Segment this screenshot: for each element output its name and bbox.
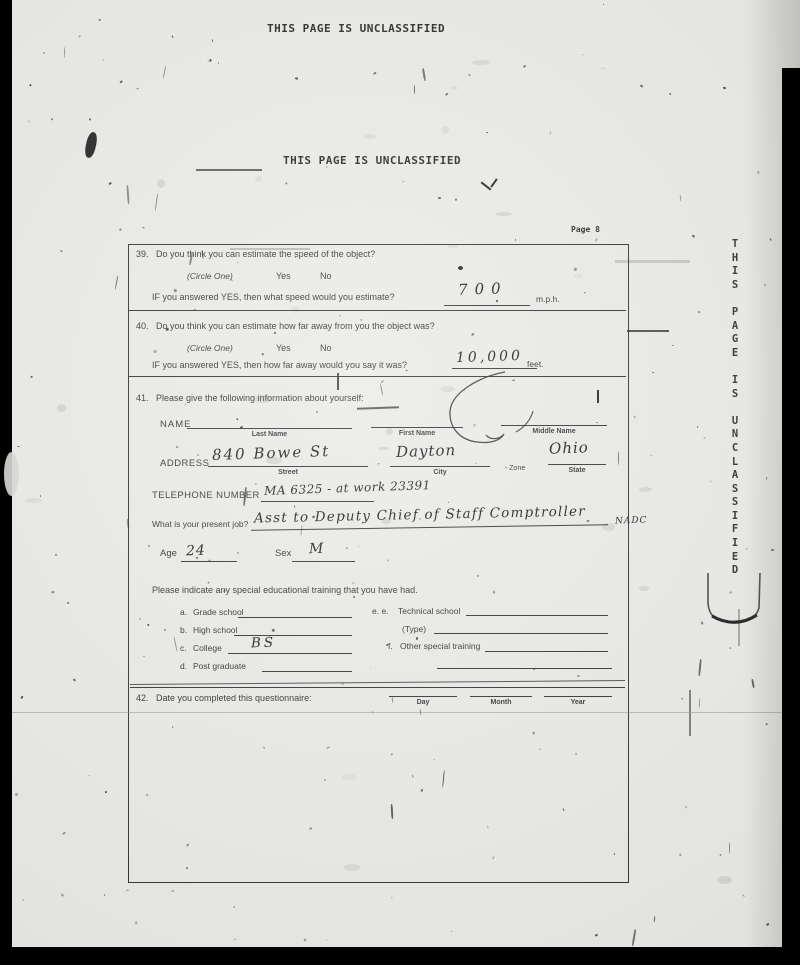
section-divider-1 <box>129 310 626 311</box>
q42-month-line <box>470 696 532 697</box>
scan-blotch <box>717 876 732 884</box>
scan-speck <box>170 889 173 892</box>
scan-speck <box>31 376 33 378</box>
pen-scribble-mark <box>440 368 550 453</box>
film-frame-bracket <box>693 570 778 655</box>
scan-speck <box>29 121 31 124</box>
scan-blotch <box>639 586 650 590</box>
q39-question: Do you think you can estimate the speed … <box>156 249 375 259</box>
scan-speck <box>438 196 441 198</box>
scan-speck <box>719 853 721 855</box>
scan-speck <box>218 62 220 65</box>
q41-address-sublabel-zone: - Zone <box>505 465 525 472</box>
scan-speck <box>233 905 236 907</box>
q41-edu-c-line <box>228 653 352 654</box>
q41-edu-b-prefix: b. <box>180 625 187 635</box>
scan-speck <box>391 896 393 898</box>
scan-speck <box>374 72 377 75</box>
scan-speck <box>595 933 598 936</box>
scan-speck <box>142 227 144 228</box>
scan-artifact-dash <box>196 169 262 171</box>
scan-speck <box>757 171 760 174</box>
q41-edu-f-line <box>485 651 608 652</box>
scan-speck <box>52 591 55 594</box>
q41-address-sublabel-street: Street <box>208 469 368 476</box>
scan-speck <box>119 228 121 230</box>
scan-speck <box>42 52 45 55</box>
q40-number: 40. <box>136 321 149 331</box>
q41-edu-f-line-2 <box>437 668 612 669</box>
film-sprocket-blob <box>4 452 19 496</box>
q41-age-handwritten: 24 <box>186 543 206 560</box>
q39-answer-handwritten: 700 <box>458 279 508 299</box>
scan-speck <box>66 602 69 605</box>
q41-sex-line <box>292 561 355 562</box>
scan-blotch <box>599 67 606 70</box>
q39-circle-one-label: (Circle One) <box>187 271 233 281</box>
scan-speck <box>650 454 653 455</box>
scan-speck <box>595 239 598 242</box>
scan-speck <box>698 698 700 708</box>
q40-followup: IF you answered YES, then how far away w… <box>152 360 407 370</box>
scanned-document-page: THIS PAGE IS UNCLASSIFIED THIS PAGE IS U… <box>0 0 800 965</box>
q41-address-line-city <box>390 466 490 467</box>
scan-speck <box>109 182 112 185</box>
q39-answer-line <box>444 305 530 306</box>
q39-followup: IF you answered YES, then what speed wou… <box>152 292 394 302</box>
scan-artifact-vstroke-fold <box>689 690 691 736</box>
section-divider-3b <box>130 687 625 688</box>
scan-speck <box>603 4 604 5</box>
scan-speck <box>468 74 471 77</box>
q41-education-intro: Please indicate any special educational … <box>152 585 418 595</box>
scan-speck <box>402 181 405 182</box>
q40-circle-one-label: (Circle One) <box>187 343 233 353</box>
scan-speck <box>515 239 517 241</box>
scan-speck <box>685 806 688 808</box>
scan-speck <box>414 85 415 94</box>
q41-edu-d-prefix: d. <box>180 661 187 671</box>
scan-artifact-vstroke-q40 <box>337 373 339 390</box>
scan-speck <box>679 853 682 856</box>
q41-edu-b-label: High school <box>193 625 237 635</box>
q42-year-line <box>544 696 612 697</box>
q42-sublabel-day: Day <box>389 699 457 706</box>
scan-speck <box>155 193 159 211</box>
questionnaire-form-box <box>128 244 629 883</box>
scan-speck <box>303 939 306 942</box>
scan-speck <box>751 679 754 688</box>
scan-speck <box>632 929 637 946</box>
q41-question: Please give the following information ab… <box>156 393 364 403</box>
scan-blotch <box>57 404 66 412</box>
scan-artifact-blob <box>83 131 98 159</box>
scan-speck <box>522 64 526 68</box>
scan-blotch <box>255 176 262 182</box>
scan-speck <box>766 723 768 726</box>
q41-address-sublabel-state: State <box>548 467 606 474</box>
scan-blotch <box>25 498 42 502</box>
scan-speck <box>549 131 551 134</box>
section-divider-2 <box>129 376 626 377</box>
scan-speck <box>104 791 106 793</box>
scan-speck <box>88 117 91 120</box>
scan-speck <box>209 59 211 62</box>
q41-job-note-handwritten: NADC <box>615 515 648 526</box>
scan-speck <box>136 87 139 89</box>
scan-speck <box>207 60 209 62</box>
scan-speck <box>15 793 19 797</box>
scan-edge-bottom <box>0 947 800 965</box>
scan-speck <box>765 477 767 480</box>
scan-speck <box>59 250 62 252</box>
scan-speck <box>171 35 173 38</box>
scan-speck <box>698 659 701 676</box>
scan-speck <box>21 695 24 698</box>
scan-speck <box>669 93 671 95</box>
scan-speck <box>234 938 237 941</box>
scan-speck <box>99 19 101 21</box>
scan-speck <box>51 118 54 120</box>
q41-edu-d-label: Post graduate <box>193 661 246 671</box>
scan-blotch <box>157 179 164 187</box>
q39-unit: m.p.h. <box>536 294 560 304</box>
scan-speck <box>64 47 66 58</box>
q41-edu-e-prefix: e. e. <box>372 606 389 616</box>
q39-option-yes: Yes <box>276 271 291 281</box>
q41-edu-college-handwritten: BS <box>251 635 277 652</box>
scan-artifact-check-b <box>490 178 497 187</box>
scan-speck <box>692 234 695 237</box>
scan-speck <box>78 35 80 38</box>
scan-speck <box>285 182 287 185</box>
scan-speck <box>764 284 766 287</box>
q39-option-no: No <box>320 271 332 281</box>
scan-speck <box>29 84 32 87</box>
classification-banner-top: THIS PAGE IS UNCLASSIFIED <box>267 22 445 35</box>
scan-speck <box>61 893 64 896</box>
q40-option-yes: Yes <box>276 343 291 353</box>
scan-speck <box>771 549 774 551</box>
scan-speck <box>126 889 129 890</box>
scan-speck <box>486 132 488 134</box>
q41-edu-f-prefix: f. <box>388 641 393 651</box>
q41-address-sublabel-city: City <box>390 469 490 476</box>
q42-number: 42. <box>136 693 149 703</box>
q42-sublabel-year: Year <box>544 699 612 706</box>
q41-edu-a-prefix: a. <box>180 607 187 617</box>
scan-speck <box>119 81 122 84</box>
scan-speck <box>55 554 57 556</box>
q41-sex-handwritten: M <box>309 541 324 557</box>
scan-speck <box>672 345 674 347</box>
scan-speck <box>73 678 76 681</box>
scan-speck <box>89 775 91 777</box>
q41-state-handwritten: Ohio <box>549 438 589 457</box>
q41-edu-e-line <box>466 615 608 616</box>
q41-edu-f-label: Other special training <box>400 641 480 651</box>
q40-option-no: No <box>320 343 332 353</box>
scan-speck <box>163 65 167 79</box>
q41-name-line-last <box>187 428 352 429</box>
paper-fold-line <box>0 712 800 713</box>
q39-number: 39. <box>136 249 149 259</box>
q42-sublabel-month: Month <box>470 699 532 706</box>
scan-speck <box>766 922 770 926</box>
q41-job-label: What is your present job? <box>152 519 248 529</box>
q41-edu-c-label: College <box>193 643 222 653</box>
scan-blotch <box>639 487 652 492</box>
q41-edu-a-label: Grade school <box>193 607 244 617</box>
scan-speck <box>104 893 106 896</box>
scan-speck <box>723 86 727 89</box>
q41-address-line-state <box>548 464 606 465</box>
scan-speck <box>451 931 453 933</box>
scan-speck <box>680 195 682 202</box>
scan-speck <box>769 238 772 241</box>
scan-speck <box>703 438 705 439</box>
q41-edu-d-line <box>262 671 352 672</box>
scan-blotch <box>495 212 512 216</box>
scan-speck <box>709 480 712 483</box>
scan-speck <box>103 59 105 61</box>
q40-question: Do you think you can estimate how far aw… <box>156 321 435 331</box>
scan-speck <box>211 39 213 42</box>
scan-blotch <box>364 134 376 139</box>
scan-speck <box>698 311 701 314</box>
q41-edu-a-line <box>238 617 352 618</box>
scan-edge-right <box>782 68 800 965</box>
q42-question: Date you completed this questionnaire: <box>156 693 312 703</box>
scan-speck <box>729 842 730 854</box>
scan-speck <box>582 54 584 56</box>
q41-name-sublabel-last: Last Name <box>187 431 352 438</box>
scan-speck <box>17 445 20 446</box>
scan-speck <box>681 697 684 700</box>
q41-edu-type-line <box>434 633 608 634</box>
q41-address-label: ADDRESS <box>160 458 209 469</box>
scan-speck <box>114 275 118 290</box>
scan-artifact-box-tick <box>627 330 669 332</box>
scan-speck <box>653 916 655 922</box>
q41-edu-type-label: (Type) <box>402 624 426 634</box>
scan-speck <box>22 898 25 901</box>
q41-number: 41. <box>136 393 149 403</box>
q41-age-label: Age <box>160 548 177 559</box>
scan-blotch <box>450 86 458 89</box>
q41-edu-e-label: Technical school <box>398 606 460 616</box>
scan-speck <box>634 416 636 419</box>
scan-speck <box>296 77 299 79</box>
scan-speck <box>697 426 699 428</box>
q42-day-line <box>389 696 457 697</box>
scan-speck <box>422 68 426 81</box>
scan-speck <box>455 199 457 201</box>
classification-banner-middle: THIS PAGE IS UNCLASSIFIED <box>283 154 461 167</box>
scan-speck <box>326 939 328 941</box>
q41-phone-label: TELEPHONE NUMBER <box>152 490 260 501</box>
scan-speck <box>652 371 655 373</box>
scan-blotch <box>472 60 489 65</box>
q41-phone-line <box>261 501 374 502</box>
page-number: Page 8 <box>571 225 600 234</box>
classification-banner-side: T H I S P A G E I S U N C L A S S I F I … <box>724 238 746 578</box>
q41-age-line <box>181 561 237 562</box>
scan-speck <box>40 495 41 497</box>
q41-edu-c-prefix: c. <box>180 643 187 653</box>
scan-blotch <box>441 126 449 134</box>
q41-sex-label: Sex <box>275 548 291 559</box>
scan-speck <box>62 831 65 834</box>
scan-speck <box>445 92 449 96</box>
scan-speck <box>127 185 130 204</box>
q40-answer-handwritten: 10,000 <box>456 348 524 366</box>
scan-artifact-dot-q39 <box>458 266 463 270</box>
scan-artifact-vtick-q41 <box>597 390 599 403</box>
scan-speck <box>742 894 745 897</box>
scan-speck <box>136 922 138 925</box>
q41-address-line-street <box>208 466 368 467</box>
scan-speck <box>639 84 643 88</box>
